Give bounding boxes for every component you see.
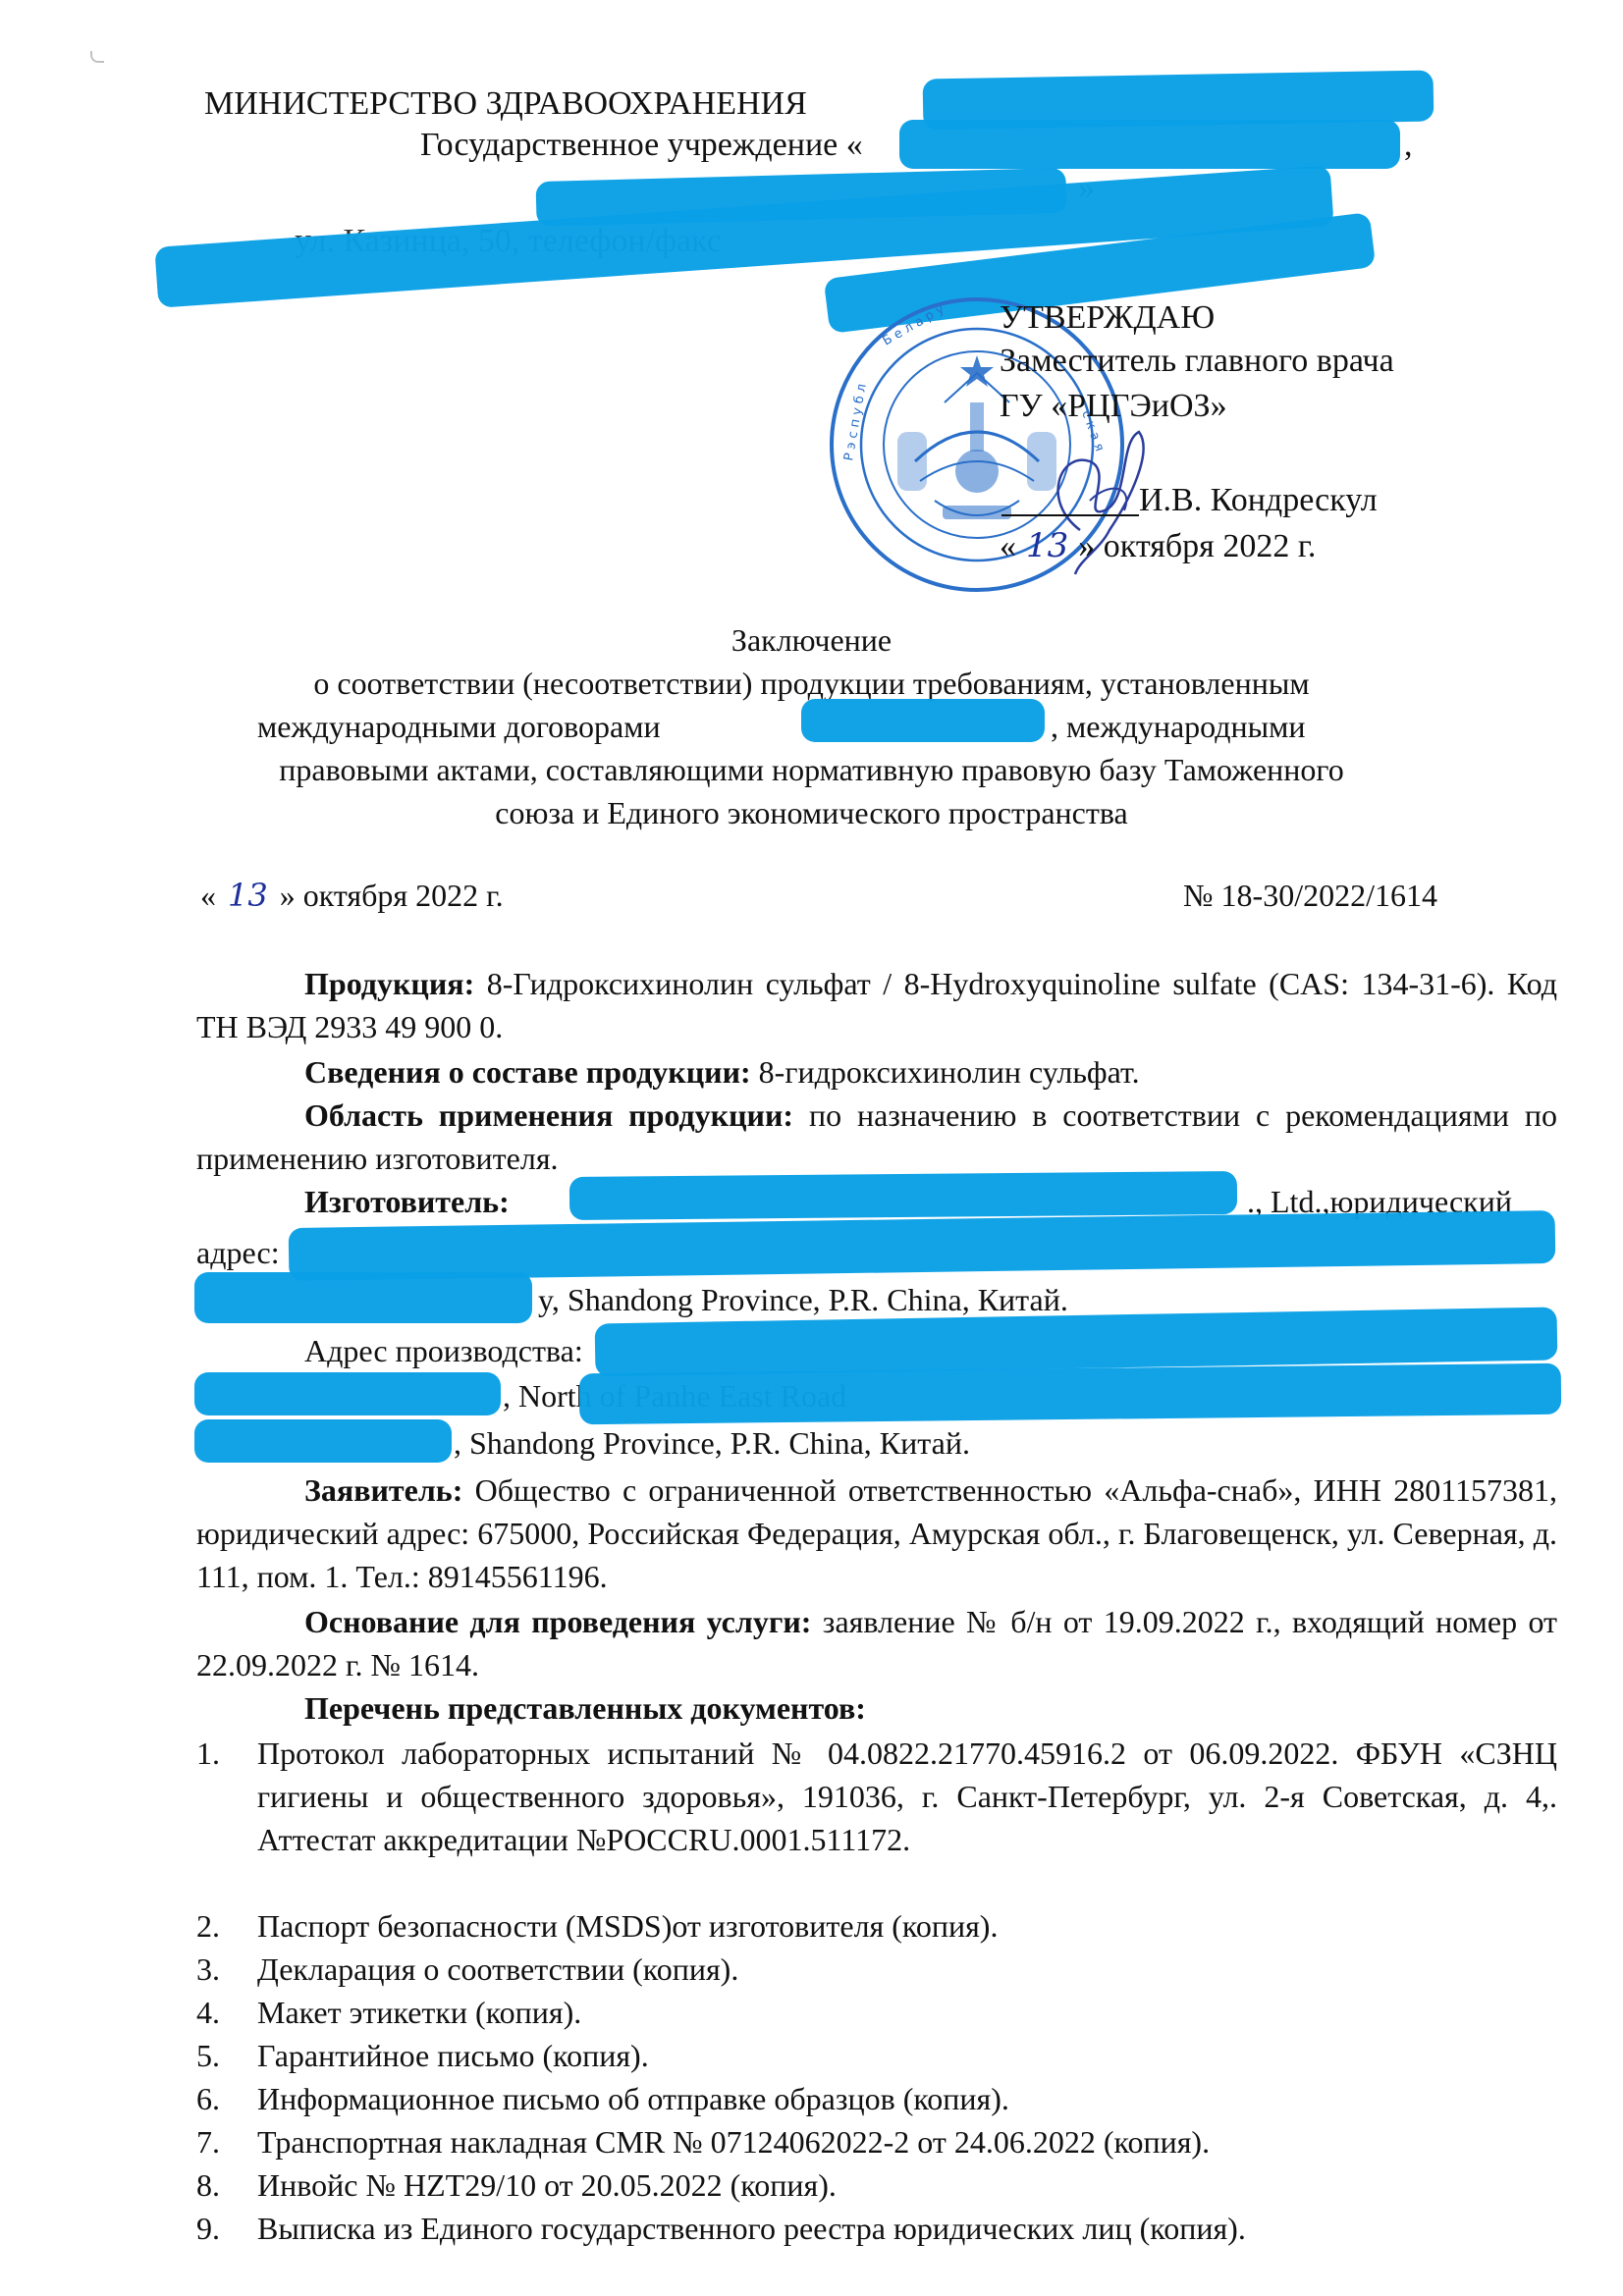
redaction-block [899,120,1400,169]
product-paragraph: Продукция: 8-Гидроксихинолин сульфат / 8… [196,962,1557,1048]
approver-position: Заместитель главного врача [1000,342,1394,381]
svg-text:Б е л а р у: Б е л а р у [881,301,947,348]
manufacturer-address-label: адрес: [196,1233,280,1272]
scan-artifact [90,51,104,63]
document-date: «13» октября 2022 г. [200,876,504,915]
document-number: № 18-30/2022/1614 [1183,876,1437,915]
signatory-name: И.В. Кондрескул [1139,481,1378,520]
title-line-2-suffix: , международными [1051,707,1306,746]
title-line-2-prefix: международными договорами [257,707,661,746]
applicant-paragraph: Заявитель: Общество с ограниченной ответ… [196,1468,1557,1598]
production-address-label: Адрес производства: [304,1331,583,1370]
signature-line [1001,514,1139,516]
manufacturer-address-suffix: y, Shandong Province, P.R. China, Китай. [538,1280,1068,1319]
redaction-block [194,1272,532,1323]
basis-paragraph: Основание для проведения услуги: заявлен… [196,1600,1557,1686]
redaction-block [194,1419,452,1463]
svg-text:Р э с п у б л: Р э с п у б л [841,383,870,462]
institution-line-1: Государственное учреждение « [420,126,863,165]
title-line-1: о соответствии (несоответствии) продукци… [0,664,1623,703]
scope-paragraph: Область применения продукции: по назначе… [196,1094,1557,1180]
documents-heading: Перечень представленных документов: [304,1688,866,1728]
list-item: 9. Выписка из Единого государственного р… [196,2207,1557,2250]
list-item: 1. Протокол лабораторных испытаний № 04.… [196,1732,1557,1861]
redaction-block [194,1372,501,1415]
handwritten-day: 13 [216,877,280,914]
handwritten-day: 13 [1016,526,1078,565]
approval-date: «13» октября 2022 г. [1000,526,1316,566]
redaction-block [579,1363,1561,1424]
list-item: 3. Декларация о соответствии (копия). [196,1948,1557,1991]
document-title: Заключение [0,620,1623,660]
redaction-block [569,1171,1237,1220]
ministry-heading: МИНИСТЕРСТВО ЗДРАВООХРАНЕНИЯ [204,84,807,124]
list-item: 2. Паспорт безопасности (MSDS)от изготов… [196,1904,1557,1948]
production-address-suffix: , Shandong Province, P.R. China, Китай. [454,1423,970,1463]
approve-label: УТВЕРЖДАЮ [1000,298,1215,338]
list-item: 7. Транспортная накладная CMR № 07124062… [196,2120,1557,2163]
list-item: 6. Информационное письмо об отправке обр… [196,2077,1557,2120]
composition-paragraph: Сведения о составе продукции: 8-гидрокси… [196,1050,1557,1094]
list-item: 8. Инвойс № HZT29/10 от 20.05.2022 (копи… [196,2163,1557,2207]
title-line-4: союза и Единого экономического пространс… [0,793,1623,832]
list-item: 5. Гарантийное письмо (копия). [196,2034,1557,2077]
redaction-block [801,699,1045,742]
manufacturer-label: Изготовитель: [304,1182,510,1221]
title-line-3: правовыми актами, составляющими норматив… [0,750,1623,789]
institution-line-1-suffix: , [1404,126,1413,165]
list-item: 4. Макет этикетки (копия). [196,1991,1557,2034]
